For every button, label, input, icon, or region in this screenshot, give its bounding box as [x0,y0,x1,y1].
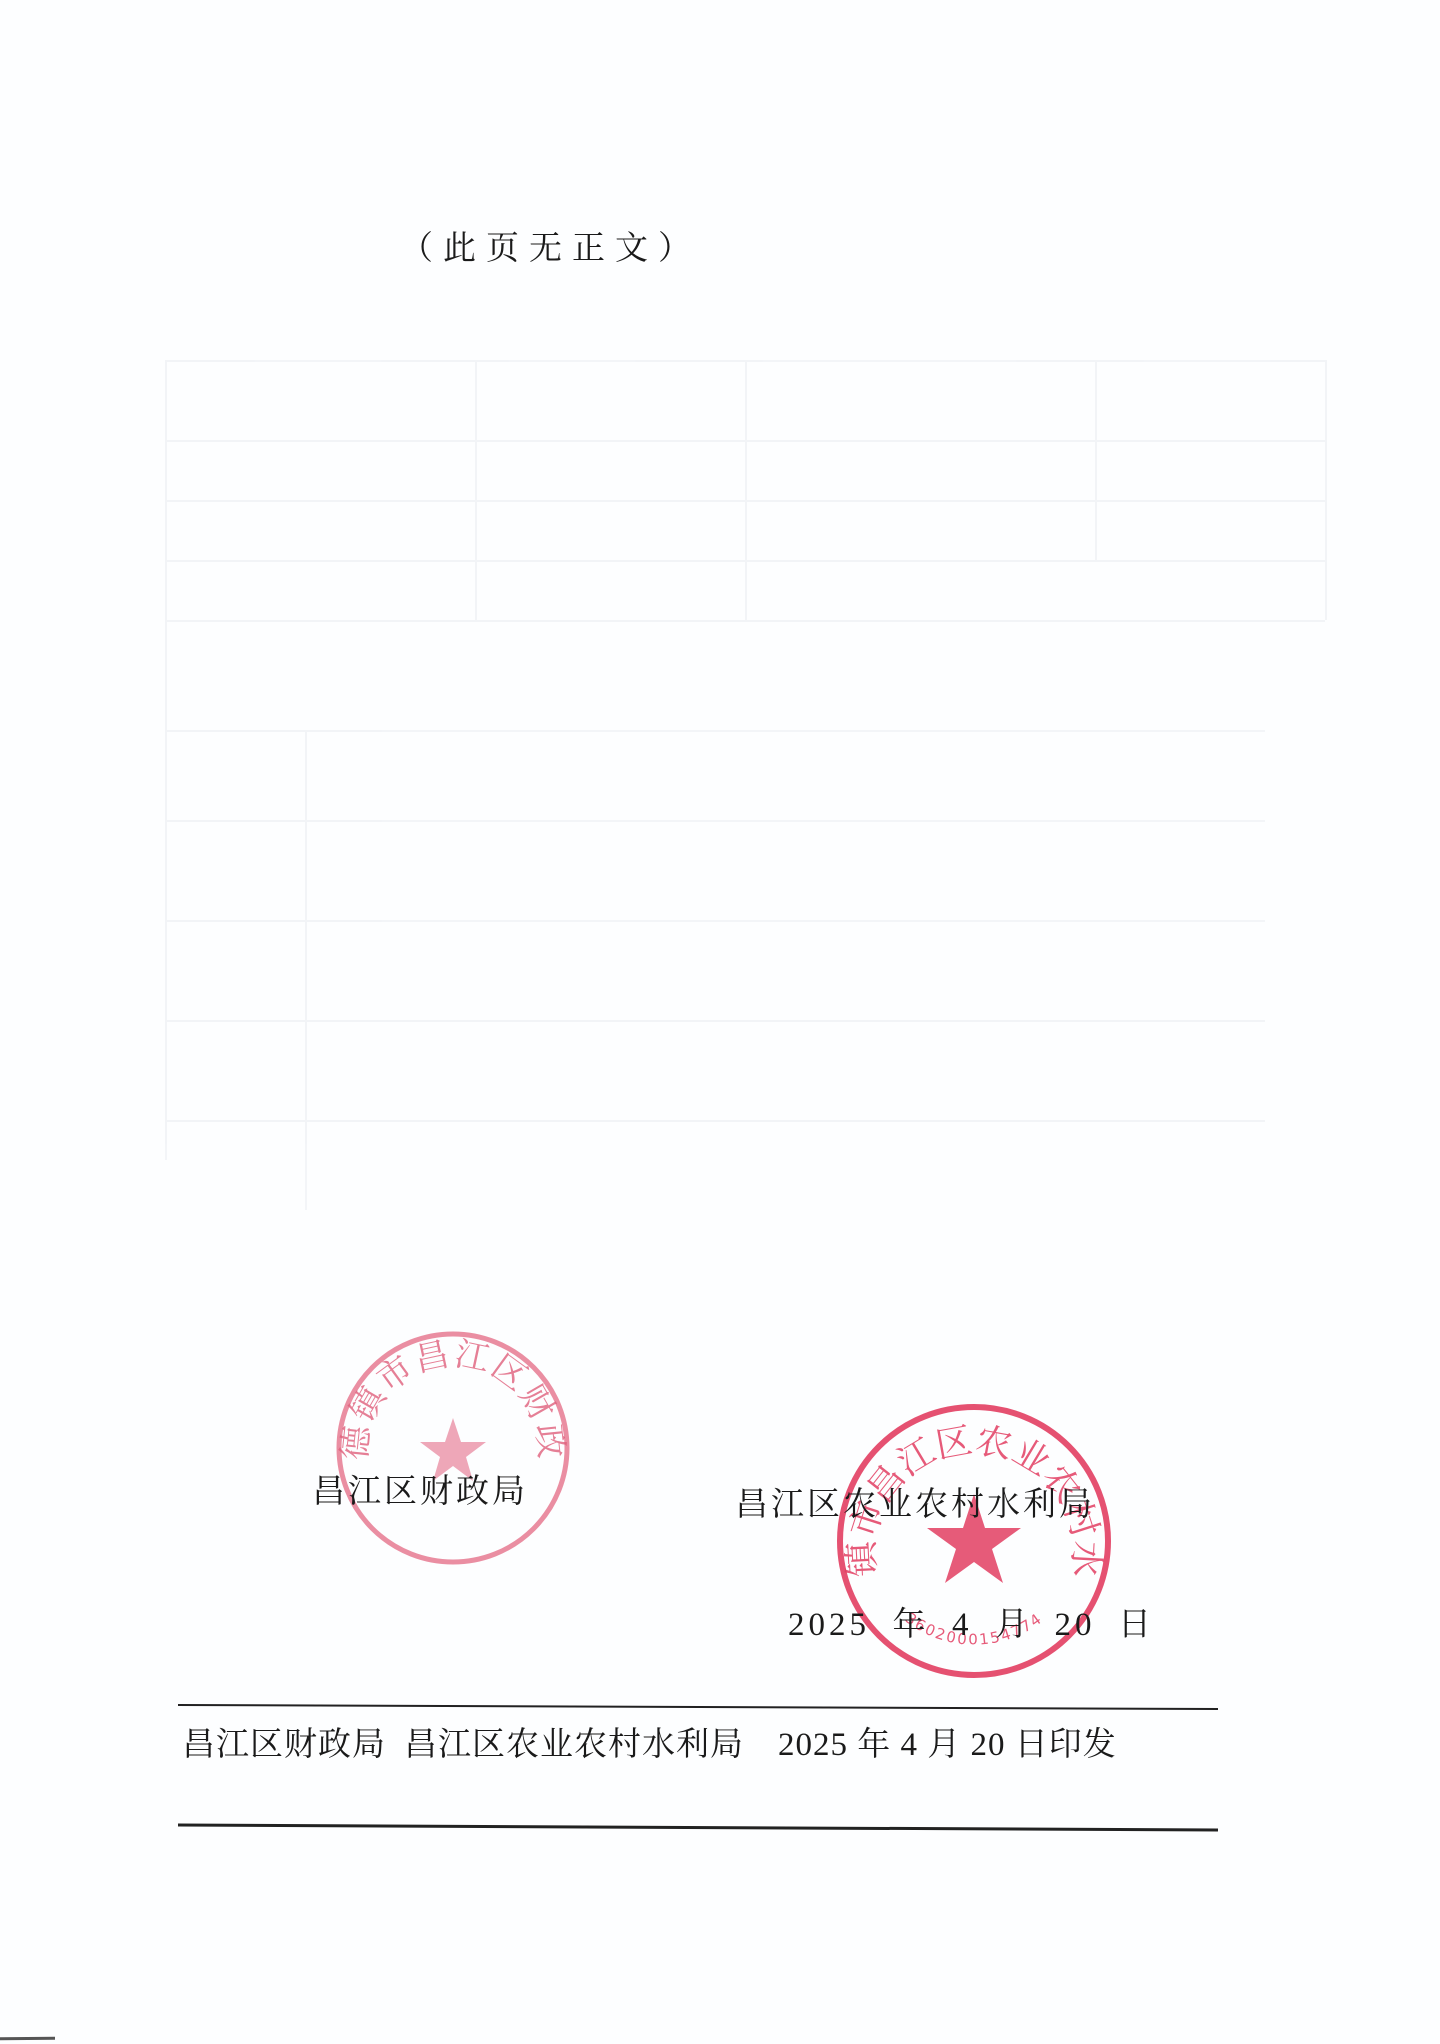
scan-edge-mark [0,2037,55,2040]
finance-bureau-seal: 景德镇市昌江区财政局 [333,1328,573,1568]
date-day: 20 [1055,1607,1096,1643]
issuance-org2: 昌江区农业农村水利局 [404,1724,744,1763]
document-page: （此页无正文） 景德镇市昌江区财政局 景德镇市昌江区农业农村水利局 [0,0,1440,2044]
signature-date: 2025 年 4 月 20 日 [788,1598,1155,1645]
issuance-suffix: 印发 [1049,1724,1117,1763]
signer-agriculture-water-bureau: 昌江区农业农村水利局 [735,1478,1095,1525]
date-day-suffix: 日 [1118,1604,1155,1643]
issuance-date: 2025 年 4 月 20 日 [778,1727,1049,1763]
signer-finance-bureau: 昌江区财政局 [312,1465,528,1512]
date-year: 2025 [788,1607,870,1643]
date-month-suffix: 月 [995,1604,1032,1643]
issuance-org1: 昌江区财政局 [182,1724,386,1763]
date-month: 4 [952,1607,973,1643]
issuance-top-rule [178,1704,1218,1710]
issuance-line: 昌江区财政局昌江区农业农村水利局2025 年 4 月 20 日印发 [182,1718,1222,1771]
date-year-suffix: 年 [893,1604,930,1643]
no-body-note: （此页无正文） [400,222,701,269]
issuance-bottom-rule [178,1823,1218,1831]
